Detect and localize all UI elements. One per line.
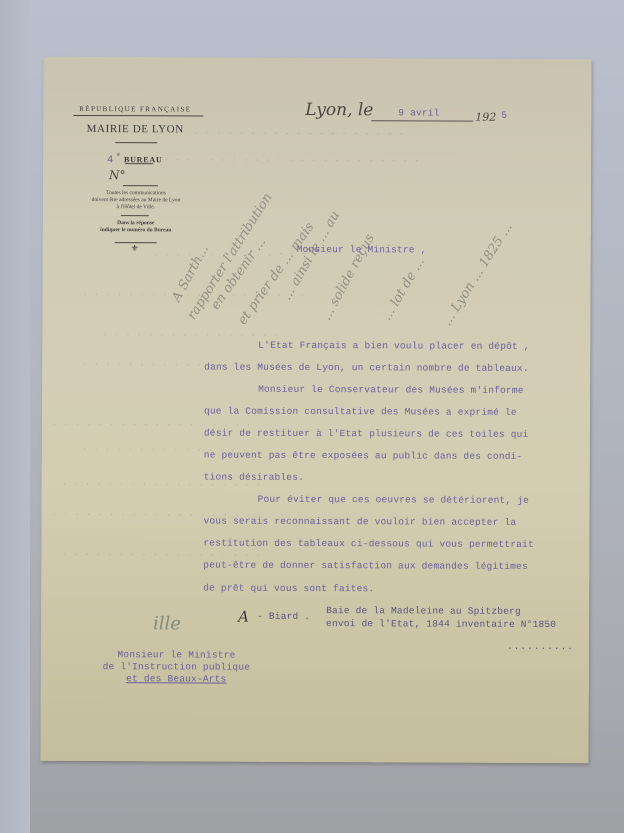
letter-page: - - - - - - - - - - - - - - - - - - - . … (40, 57, 591, 763)
letterhead-rule (73, 115, 203, 117)
bureau-number: 4 (107, 155, 113, 166)
letterhead-reply-instruction: Dans la réponse indiquer le numéro du Bu… (61, 220, 211, 235)
body-line: que la Comission consultative des Musées… (204, 406, 517, 418)
letterhead-mairie: MAIRIE DE LYON (65, 123, 205, 136)
fleur-de-lis-icon: ⚜ (125, 243, 145, 254)
body-line: Pour éviter que ces oeuvres se détériore… (258, 494, 529, 506)
letterhead-rule (121, 215, 149, 216)
letterhead-rule (115, 142, 157, 143)
letterhead-communications: Toutes les communications doivent être a… (61, 190, 211, 212)
dateline-place: Lyon, le (305, 100, 373, 120)
body-line: L'Etat Français a bien voulu placer en d… (258, 340, 529, 352)
show-through-text: - - - - - - - - - - - - - - - - - - - . … (44, 57, 592, 59)
body-line: peut-être de donner satisfaction aux dem… (203, 560, 528, 572)
date-rule (371, 120, 473, 121)
dateline-year-prefix: 192 (475, 111, 496, 124)
pencil-annotations: A Sarth... rapporter l'attribution en ob… (44, 57, 592, 59)
letterhead-numero: N° (109, 168, 126, 182)
salutation: Monsieur le Ministre , (297, 244, 427, 256)
dateline-day-month: 9 avril (398, 107, 439, 118)
body-line: tions désirables. (204, 472, 304, 483)
dateline-year-suffix: 5 (501, 110, 507, 121)
letterhead-rule (125, 163, 153, 164)
letterhead-rule (123, 185, 158, 186)
body-line: restitution des tableaux ci-dessous qui … (203, 538, 533, 550)
item-continuation: .......... (507, 641, 574, 652)
letterhead-republic: RÉPUBLIQUE FRANÇAISE (65, 105, 205, 114)
item-detail: envoi de l'Etat, 1844 inventaire N°1850 (326, 618, 556, 630)
letter-body: L'Etat Français a bien voulu placer en d… (44, 57, 592, 59)
painting-list-item: A - Biard . Baie de la Madeleine au Spit… (44, 57, 592, 59)
item-artist: - Biard . (257, 611, 310, 622)
addressee-line1: Monsieur le Ministre (89, 649, 264, 661)
body-line: dans les Musées de Lyon, un certain nomb… (204, 362, 529, 374)
dateline: Lyon, le (305, 100, 373, 120)
mount-board-edge (0, 0, 30, 833)
addressee-line3: et des Beaux-Arts (89, 673, 264, 685)
bureau-suffix: e (117, 152, 120, 158)
item-title: Baie de la Madeleine au Spitzberg (326, 605, 521, 617)
handwritten-initials: ille (153, 613, 181, 634)
body-line: ne peuvent pas être exposées au public d… (204, 450, 523, 462)
body-line: vous serais reconnaissant de vouloir bie… (203, 516, 516, 528)
addressee-line2: de l'Instruction publique (89, 661, 264, 673)
body-line: Monsieur le Conservateur des Musées m'in… (258, 384, 524, 396)
letterhead-bureau: 4 e BUREAU (107, 149, 187, 167)
body-line: de prêt qui vous sont faites. (203, 583, 374, 595)
item-marker: A (238, 608, 249, 626)
body-line: désir de restituer à l'Etat plusieurs de… (204, 428, 529, 440)
